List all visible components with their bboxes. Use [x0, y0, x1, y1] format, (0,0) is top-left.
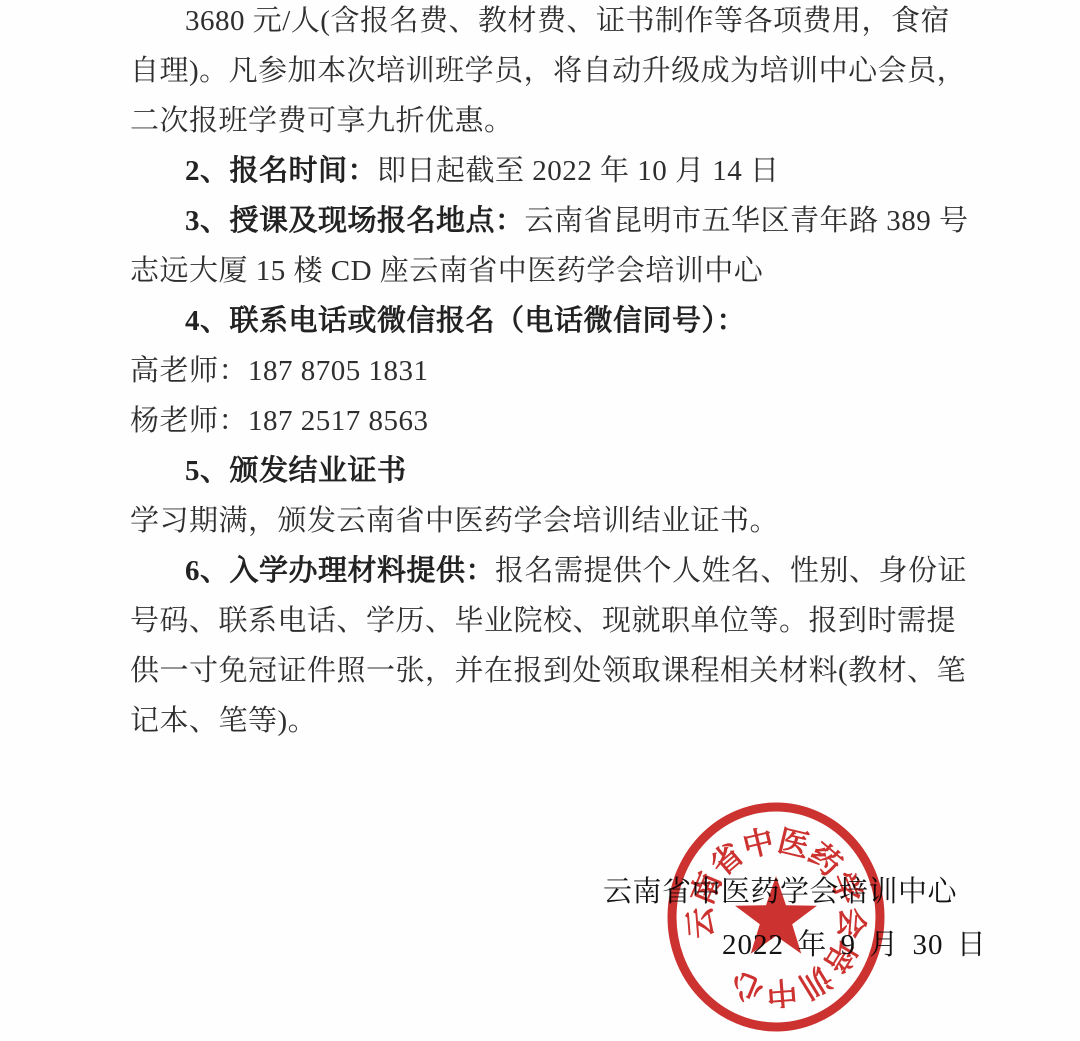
text-line: 5、颁发结业证书: [130, 446, 980, 496]
text-line: 2、报名时间：即日起截至 2022 年 10 月 14 日: [130, 146, 980, 196]
official-seal-stamp: 云南省中医药学会培训中心: [661, 797, 891, 1037]
seal-ring-character: 中: [765, 974, 799, 1011]
star-icon: [735, 876, 817, 954]
text-segment: 3680 元/人(含报名费、教材费、证书制作等各项费用，食宿: [185, 5, 950, 37]
text-line: 自理)。凡参加本次培训班学员，将自动升级成为培训中心会员，: [130, 46, 980, 96]
heading-segment: 6、入学办理材料提供：: [185, 555, 495, 587]
text-line: 4、联系电话或微信报名（电话微信同号）：: [130, 296, 980, 346]
text-segment: 报名需提供个人姓名、性别、身份证: [495, 555, 967, 587]
text-line: 供一寸免冠证件照一张，并在报到处领取课程相关材料(教材、笔: [130, 646, 980, 696]
text-segment: 杨老师：187 2517 8563: [130, 405, 429, 437]
seal-ring-character: 云: [682, 906, 719, 940]
text-segment: 云南省昆明市五华区青年路 389 号: [525, 205, 969, 237]
text-segment: 二次报班学费可享九折优惠。: [130, 105, 514, 137]
text-line: 高老师：187 8705 1831: [130, 346, 980, 396]
heading-segment: 4、联系电话或微信报名（电话微信同号）：: [185, 305, 746, 337]
text-line: 号码、联系电话、学历、毕业院校、现就职单位等。报到时需提: [130, 596, 980, 646]
text-line: 杨老师：187 2517 8563: [130, 396, 980, 446]
text-segment: 志远大厦 15 楼 CD 座云南省中医药学会培训中心: [130, 255, 763, 287]
text-line: 二次报班学费可享九折优惠。: [130, 96, 980, 146]
text-line: 志远大厦 15 楼 CD 座云南省中医药学会培训中心: [130, 246, 980, 296]
seal-ring-character: 心: [725, 964, 768, 1009]
heading-segment: 2、报名时间：: [185, 155, 377, 187]
seal-ring-character: 会: [833, 906, 870, 940]
text-line: 6、入学办理材料提供：报名需提供个人姓名、性别、身份证: [130, 546, 980, 596]
text-segment: 供一寸免冠证件照一张，并在报到处领取课程相关材料(教材、笔: [130, 655, 966, 687]
text-line: 3680 元/人(含报名费、教材费、证书制作等各项费用，食宿: [130, 0, 980, 46]
scanned-document-page: 3680 元/人(含报名费、教材费、证书制作等各项费用，食宿自理)。凡参加本次培…: [0, 0, 1080, 1041]
heading-segment: 3、授课及现场报名地点：: [185, 205, 525, 237]
text-segment: 高老师：187 8705 1831: [130, 355, 429, 387]
text-line: 学习期满，颁发云南省中医药学会培训结业证书。: [130, 496, 980, 546]
text-segment: 记本、笔等)。: [130, 705, 317, 737]
text-line: 3、授课及现场报名地点：云南省昆明市五华区青年路 389 号: [130, 196, 980, 246]
text-segment: 学习期满，颁发云南省中医药学会培训结业证书。: [130, 505, 779, 537]
text-segment: 自理)。凡参加本次培训班学员，将自动升级成为培训中心会员，: [130, 55, 966, 87]
seal-ring-character: 中: [739, 823, 777, 864]
text-segment: 号码、联系电话、学历、毕业院校、现就职单位等。报到时需提: [130, 605, 956, 637]
text-segment: 即日起截至 2022 年 10 月 14 日: [377, 155, 780, 187]
text-line: 记本、笔等)。: [130, 696, 980, 746]
document-body: 3680 元/人(含报名费、教材费、证书制作等各项费用，食宿自理)。凡参加本次培…: [130, 0, 980, 746]
heading-segment: 5、颁发结业证书: [185, 455, 407, 487]
